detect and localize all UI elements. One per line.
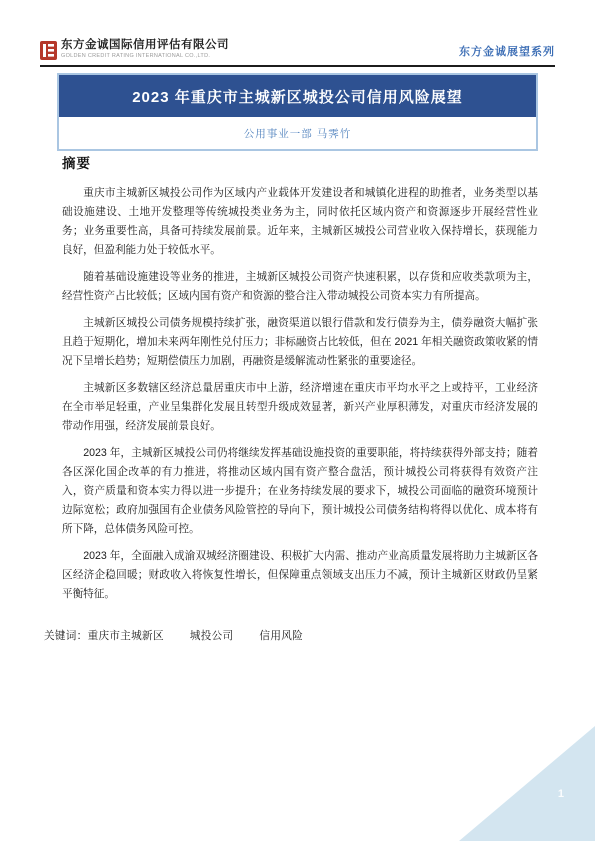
page-number: 1 xyxy=(558,788,564,800)
keyword-item: 重庆市主城新区 xyxy=(88,630,164,642)
keyword-item: 城投公司 xyxy=(190,630,234,642)
keyword-item: 信用风险 xyxy=(259,630,303,642)
abstract-paragraph: 2023 年，全面融入成渝双城经济圈建设、积极扩大内需、推动产业高质量发展将助力… xyxy=(62,547,538,604)
keywords-line: 关键词：重庆市主城新区城投公司信用风险 xyxy=(44,628,538,643)
page-header: 东方金诚国际信用评估有限公司 GOLDEN CREDIT RATING INTE… xyxy=(40,40,555,67)
series-label: 东方金诚展望系列 xyxy=(459,43,555,60)
document-page: 东方金诚国际信用评估有限公司 GOLDEN CREDIT RATING INTE… xyxy=(0,0,595,841)
abstract-paragraph: 主城新区城投公司债务规模持续扩张，融资渠道以银行借款和发行债券为主，债券融资大幅… xyxy=(62,314,538,371)
report-title: 2023 年重庆市主城新区城投公司信用风险展望 xyxy=(59,75,536,117)
company-name-cn: 东方金诚国际信用评估有限公司 xyxy=(61,40,229,52)
abstract-paragraph: 主城新区多数辖区经济总量居重庆市中上游，经济增速在重庆市平均水平之上或持平，工业… xyxy=(62,379,538,436)
abstract-paragraph: 2023 年，主城新区城投公司仍将继续发挥基础设施投资的重要职能，将持续获得外部… xyxy=(62,444,538,539)
title-box: 2023 年重庆市主城新区城投公司信用风险展望 公用事业一部 马霁竹 xyxy=(57,73,538,151)
abstract-paragraph: 重庆市主城新区城投公司作为区域内产业载体开发建设者和城镇化进程的助推者，业务类型… xyxy=(62,184,538,260)
abstract-heading: 摘要 xyxy=(62,152,538,172)
company-logo-icon xyxy=(40,41,57,60)
company-name-block: 东方金诚国际信用评估有限公司 GOLDEN CREDIT RATING INTE… xyxy=(61,40,229,59)
corner-triangle-decoration xyxy=(459,726,595,841)
keywords-label: 关键词： xyxy=(44,630,88,642)
report-byline: 公用事业一部 马霁竹 xyxy=(59,117,536,149)
abstract-paragraph: 随着基础设施建设等业务的推进，主城新区城投公司资产快速积累，以存货和应收类款项为… xyxy=(62,268,538,306)
company-name-en: GOLDEN CREDIT RATING INTERNATIONAL CO.,L… xyxy=(61,54,229,60)
abstract-section: 摘要 重庆市主城新区城投公司作为区域内产业载体开发建设者和城镇化进程的助推者，业… xyxy=(62,152,538,612)
company-brand: 东方金诚国际信用评估有限公司 GOLDEN CREDIT RATING INTE… xyxy=(40,40,229,60)
